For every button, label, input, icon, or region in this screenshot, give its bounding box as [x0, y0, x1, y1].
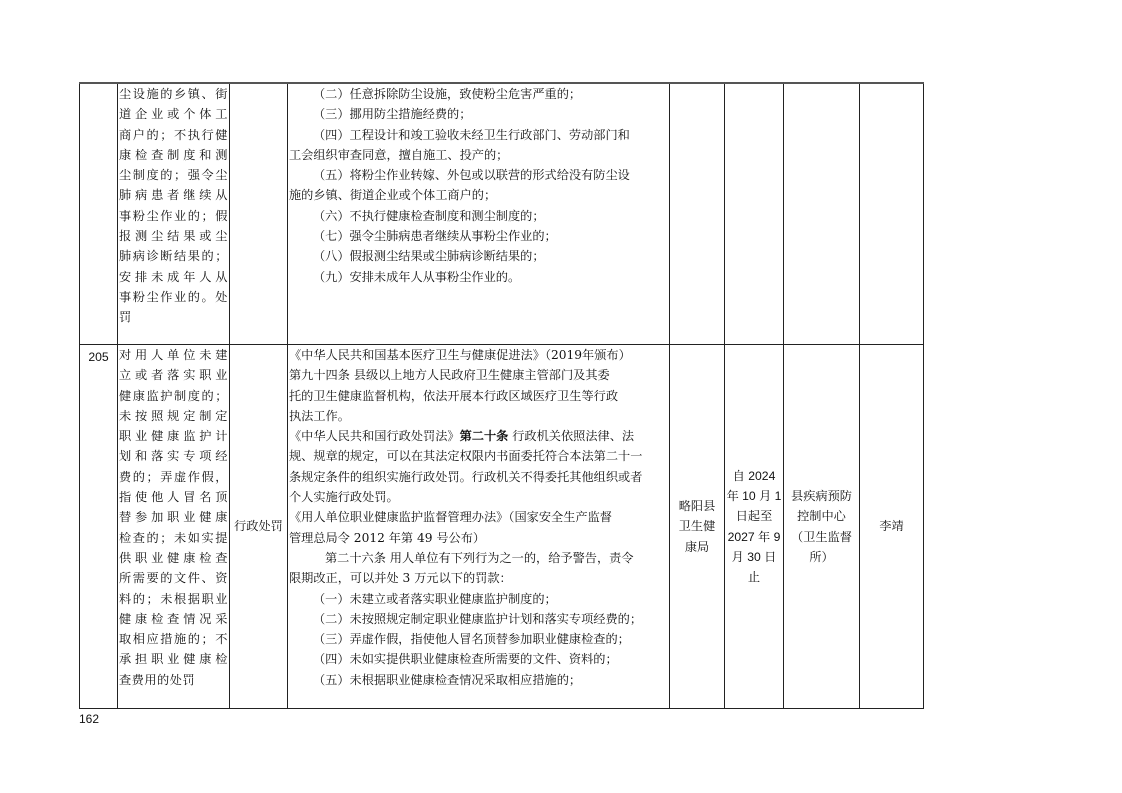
period-line: 自 2024 — [725, 466, 783, 486]
behavior-line: 承担职业健康检 — [119, 649, 228, 669]
authority-line: 康局 — [670, 537, 724, 557]
legal-basis-cell: 《中华人民共和国基本医疗卫生与健康促进法》（2019年颁布） 第九十四条 县级以… — [288, 345, 670, 709]
behavior-line: 职业健康监护计 — [119, 426, 228, 446]
period-line: 月 30 日 — [725, 547, 783, 567]
behavior-line: 安排未成年人从 — [119, 267, 228, 287]
behavior-line: 料的；未根据职业 — [119, 589, 228, 609]
basis-line: 执法工作。 — [289, 406, 668, 426]
person-cell: 李靖 — [860, 345, 924, 709]
authority-cell: 略阳县 卫生健 康局 — [670, 345, 725, 709]
page-number: 162 — [79, 712, 99, 726]
basis-line: 托的卫生健康监督机构，依法开展本行政区域医疗卫生等行政 — [289, 386, 668, 406]
basis-line: 限期改正，可以并处 3 万元以下的罚款： — [289, 568, 668, 588]
document-page: 尘设施的乡镇、街 道企业或个体工 商户的；不执行健 康检查制度和测 尘制度的；强… — [0, 0, 1122, 793]
basis-line: （三）挪用防尘措施经费的； — [289, 104, 668, 124]
behavior-line: 健康监护制度的； — [119, 386, 228, 406]
basis-line: （五）未根据职业健康检查情况采取相应措施的； — [289, 670, 668, 690]
category-cell — [230, 83, 288, 345]
behavior-line: 查费用的处罚 — [119, 670, 228, 690]
law-title: 《中华人民共和国行政处罚法》 — [289, 429, 460, 443]
behavior-line: 取相应措施的；不 — [119, 629, 228, 649]
behavior-line: 道企业或个体工 — [119, 104, 228, 124]
behavior-line: 事粉尘作业的。处 — [119, 287, 228, 307]
article-text: 行政机关依照法律、法 — [508, 429, 634, 443]
executor-cell: 县疾病预防 控制中心 （卫生监督 所） — [784, 345, 860, 709]
period-line: 止 — [725, 567, 783, 587]
basis-line: 条规定条件的组织实施行政处罚。行政机关不得委托其他组织或者 — [289, 467, 668, 487]
behavior-line: 对用人单位未建 — [119, 345, 228, 365]
behavior-line: 费的；弄虚作假， — [119, 467, 228, 487]
basis-line: 施的乡镇、街道企业或个体工商户的； — [289, 185, 668, 205]
behavior-cell: 对用人单位未建 立或者落实职业 健康监护制度的； 未按照规定制定 职业健康监护计… — [118, 345, 230, 709]
basis-line: 《中华人民共和国行政处罚法》第二十条 行政机关依照法律、法 — [289, 426, 668, 446]
behavior-line: 商户的；不执行健 — [119, 125, 228, 145]
behavior-line: 健康检查情况采 — [119, 609, 228, 629]
executor-line: 所） — [784, 547, 859, 567]
category-cell: 行政处罚 — [230, 345, 288, 709]
behavior-line: 康检查制度和测 — [119, 145, 228, 165]
executor-cell — [784, 83, 860, 345]
basis-line: （九）安排未成年人从事粉尘作业的。 — [289, 267, 668, 287]
executor-line: 控制中心 — [784, 506, 859, 526]
behavior-line: 立或者落实职业 — [119, 365, 228, 385]
behavior-line: 肺病诊断结果的； — [119, 246, 228, 266]
authority-line: 略阳县 — [670, 496, 724, 516]
basis-line: 《中华人民共和国基本医疗卫生与健康促进法》（2019年颁布） — [289, 345, 668, 365]
behavior-line: 替参加职业健康 — [119, 507, 228, 527]
basis-line: （四）工程设计和竣工验收未经卫生行政部门、劳动部门和 — [289, 125, 668, 145]
executor-line: （卫生监督 — [784, 527, 859, 547]
behavior-line: 指使他人冒名顶 — [119, 487, 228, 507]
period-line: 年 10 月 1 — [725, 486, 783, 506]
basis-line: 《用人单位职业健康监护监督管理办法》（国家安全生产监督 — [289, 507, 668, 527]
basis-line: （一）未建立或者落实职业健康监护制度的； — [289, 589, 668, 609]
basis-line: （七）强令尘肺病患者继续从事粉尘作业的； — [289, 226, 668, 246]
basis-line: （二）未按照规定制定职业健康监护计划和落实专项经费的； — [289, 609, 668, 629]
basis-line: （二）任意拆除防尘设施，致使粉尘危害严重的； — [289, 84, 668, 104]
legal-basis-cell: （二）任意拆除防尘设施，致使粉尘危害严重的； （三）挪用防尘措施经费的； （四）… — [288, 83, 670, 345]
basis-line: （八）假报测尘结果或尘肺病诊断结果的； — [289, 246, 668, 266]
penalty-table: 尘设施的乡镇、街 道企业或个体工 商户的；不执行健 康检查制度和测 尘制度的；强… — [79, 82, 924, 709]
behavior-line: 所需要的文件、资 — [119, 568, 228, 588]
behavior-line: 未按照规定制定 — [119, 406, 228, 426]
basis-line: （五）将粉尘作业转嫁、外包或以联营的形式给没有防尘设 — [289, 165, 668, 185]
behavior-cell: 尘设施的乡镇、街 道企业或个体工 商户的；不执行健 康检查制度和测 尘制度的；强… — [118, 83, 230, 345]
table-row: 205 对用人单位未建 立或者落实职业 健康监护制度的； 未按照规定制定 职业健… — [80, 345, 924, 709]
basis-line: （四）未如实提供职业健康检查所需要的文件、资料的； — [289, 649, 668, 669]
behavior-line: 尘制度的；强令尘 — [119, 165, 228, 185]
row-index-cell — [80, 83, 118, 345]
period-cell — [725, 83, 784, 345]
executor-line: 县疾病预防 — [784, 486, 859, 506]
person-cell — [860, 83, 924, 345]
period-line: 日起至 — [725, 506, 783, 526]
behavior-line: 报测尘结果或尘 — [119, 226, 228, 246]
article-number: 第二十条 — [460, 429, 509, 443]
basis-line: 第二十六条 用人单位有下列行为之一的，给予警告，责令 — [289, 548, 668, 568]
behavior-line: 事粉尘作业的；假 — [119, 206, 228, 226]
behavior-line: 罚 — [119, 307, 228, 327]
authority-line: 卫生健 — [670, 516, 724, 536]
authority-cell — [670, 83, 725, 345]
basis-line: 个人实施行政处罚。 — [289, 487, 668, 507]
behavior-line: 肺病患者继续从 — [119, 185, 228, 205]
basis-line: 第九十四条 县级以上地方人民政府卫生健康主管部门及其委 — [289, 365, 668, 385]
basis-line: 管理总局令 2012 年第 49 号公布） — [289, 528, 668, 548]
basis-line: （六）不执行健康检查制度和测尘制度的； — [289, 206, 668, 226]
behavior-line: 检查的；未如实提 — [119, 528, 228, 548]
period-line: 2027 年 9 — [725, 527, 783, 547]
row-index-cell: 205 — [80, 345, 118, 709]
table-row: 尘设施的乡镇、街 道企业或个体工 商户的；不执行健 康检查制度和测 尘制度的；强… — [80, 83, 924, 345]
period-cell: 自 2024 年 10 月 1 日起至 2027 年 9 月 30 日 止 — [725, 345, 784, 709]
basis-line: 工会组织审查同意，擅自施工、投产的； — [289, 145, 668, 165]
basis-line: 规、规章的规定，可以在其法定权限内书面委托符合本法第二十一 — [289, 446, 668, 466]
behavior-line: 划和落实专项经 — [119, 446, 228, 466]
behavior-line: 尘设施的乡镇、街 — [119, 84, 228, 104]
behavior-line: 供职业健康检查 — [119, 548, 228, 568]
basis-line: （三）弄虚作假，指使他人冒名顶替参加职业健康检查的； — [289, 629, 668, 649]
